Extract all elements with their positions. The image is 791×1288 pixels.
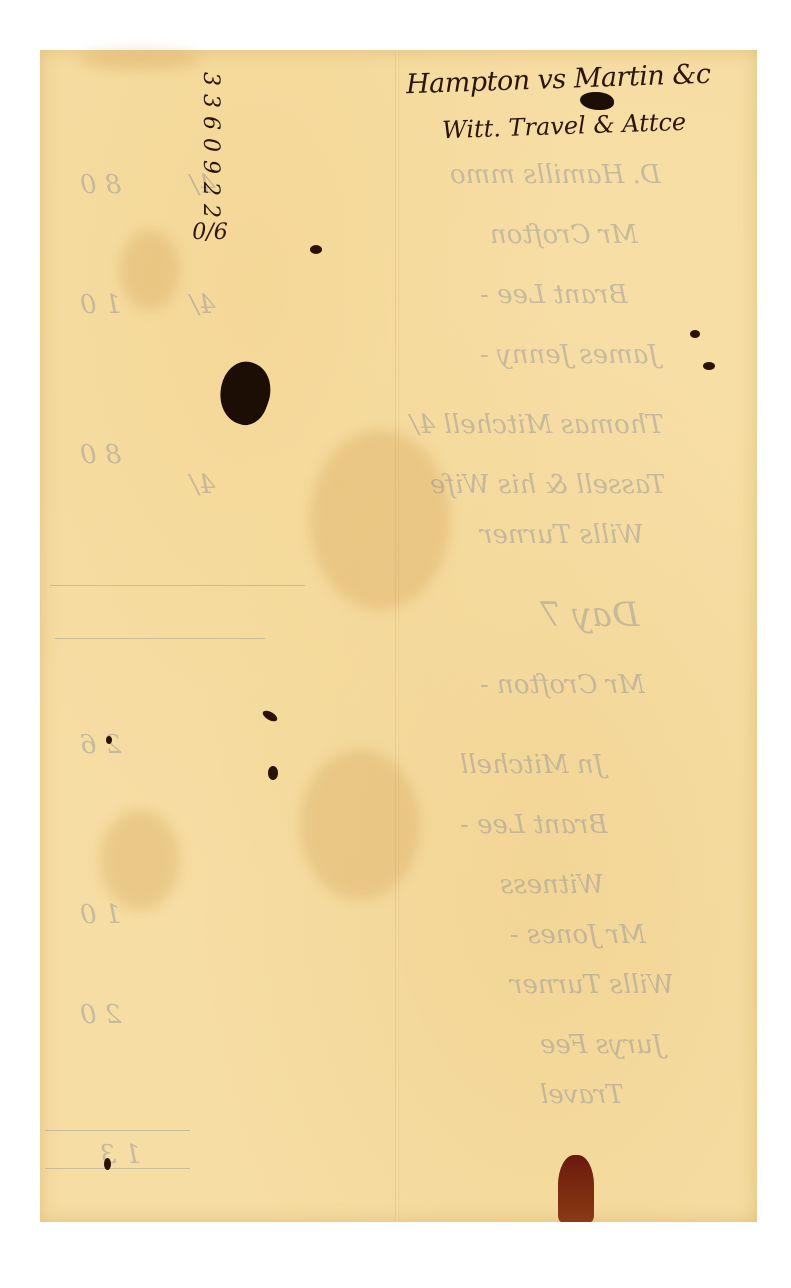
ink-blot-red <box>558 1155 594 1222</box>
manuscript-page: D. Hamills mmo Mr Crofton Brant Lee - Ja… <box>40 50 757 1222</box>
ink-mark <box>106 736 112 744</box>
ink-mark <box>261 709 279 724</box>
marginal-figures: 3 3 6 0 9 2 2 0/6 <box>180 68 240 244</box>
bleed-through-text: Brant Lee - <box>460 810 608 840</box>
bleed-through-figures: 2 6 <box>80 730 121 760</box>
bleed-through-text: Travel <box>540 1080 624 1110</box>
bleed-through-figures: 2 0 <box>80 1000 121 1030</box>
ruled-line <box>55 638 265 639</box>
stain <box>100 810 180 910</box>
bleed-through-figures: 8 0 <box>80 170 121 200</box>
ink-mark <box>690 330 700 338</box>
bleed-through-text: Mr Crofton <box>490 220 638 250</box>
bleed-through-text: Brant Lee - <box>480 280 628 310</box>
bleed-through-text: Mr Jones - <box>510 920 646 950</box>
ink-blot <box>211 355 279 430</box>
docket-subtitle: Witt. Travel & Attce <box>442 108 687 145</box>
bleed-through-text: Thomas Mitchell 4/ <box>410 410 664 440</box>
ink-blot <box>580 92 614 110</box>
bleed-through-text: Witness <box>500 870 604 900</box>
bleed-through-text: Wills Turner <box>510 970 674 1000</box>
bleed-through-text: D. Hamills mmo <box>450 160 661 190</box>
docket-case-title: Hampton vs Martin &c <box>406 59 711 101</box>
ink-mark <box>104 1158 111 1170</box>
ruled-line <box>45 1130 190 1131</box>
ink-mark <box>703 362 715 370</box>
bleed-through-text: Jn Mitchell <box>460 750 604 780</box>
bleed-through-figures: 1 0 <box>80 290 121 320</box>
stain <box>300 750 420 900</box>
stain <box>120 230 180 310</box>
bleed-through-figures: 4/ <box>190 470 215 500</box>
ink-mark <box>268 766 278 780</box>
bleed-through-text: Mr Crofton - <box>480 670 645 700</box>
bleed-through-figures: 8 0 <box>80 440 121 470</box>
stain <box>310 430 450 610</box>
ink-mark <box>310 245 322 254</box>
bleed-through-text: Wills Turner <box>480 520 644 550</box>
figure: 2 <box>199 181 221 241</box>
bleed-through-text: Day 7 <box>540 595 639 635</box>
bleed-through-text: James Jenny - <box>480 340 659 370</box>
fold-line <box>395 50 399 1222</box>
ruled-line <box>50 585 305 586</box>
bleed-through-figures: 1 0 <box>80 900 121 930</box>
bleed-through-figures: 4/ <box>190 290 215 320</box>
bleed-through-text: Jurys Fee <box>540 1030 663 1060</box>
stain <box>80 50 200 70</box>
bleed-through-text: Tassell & his Wife <box>430 470 665 500</box>
